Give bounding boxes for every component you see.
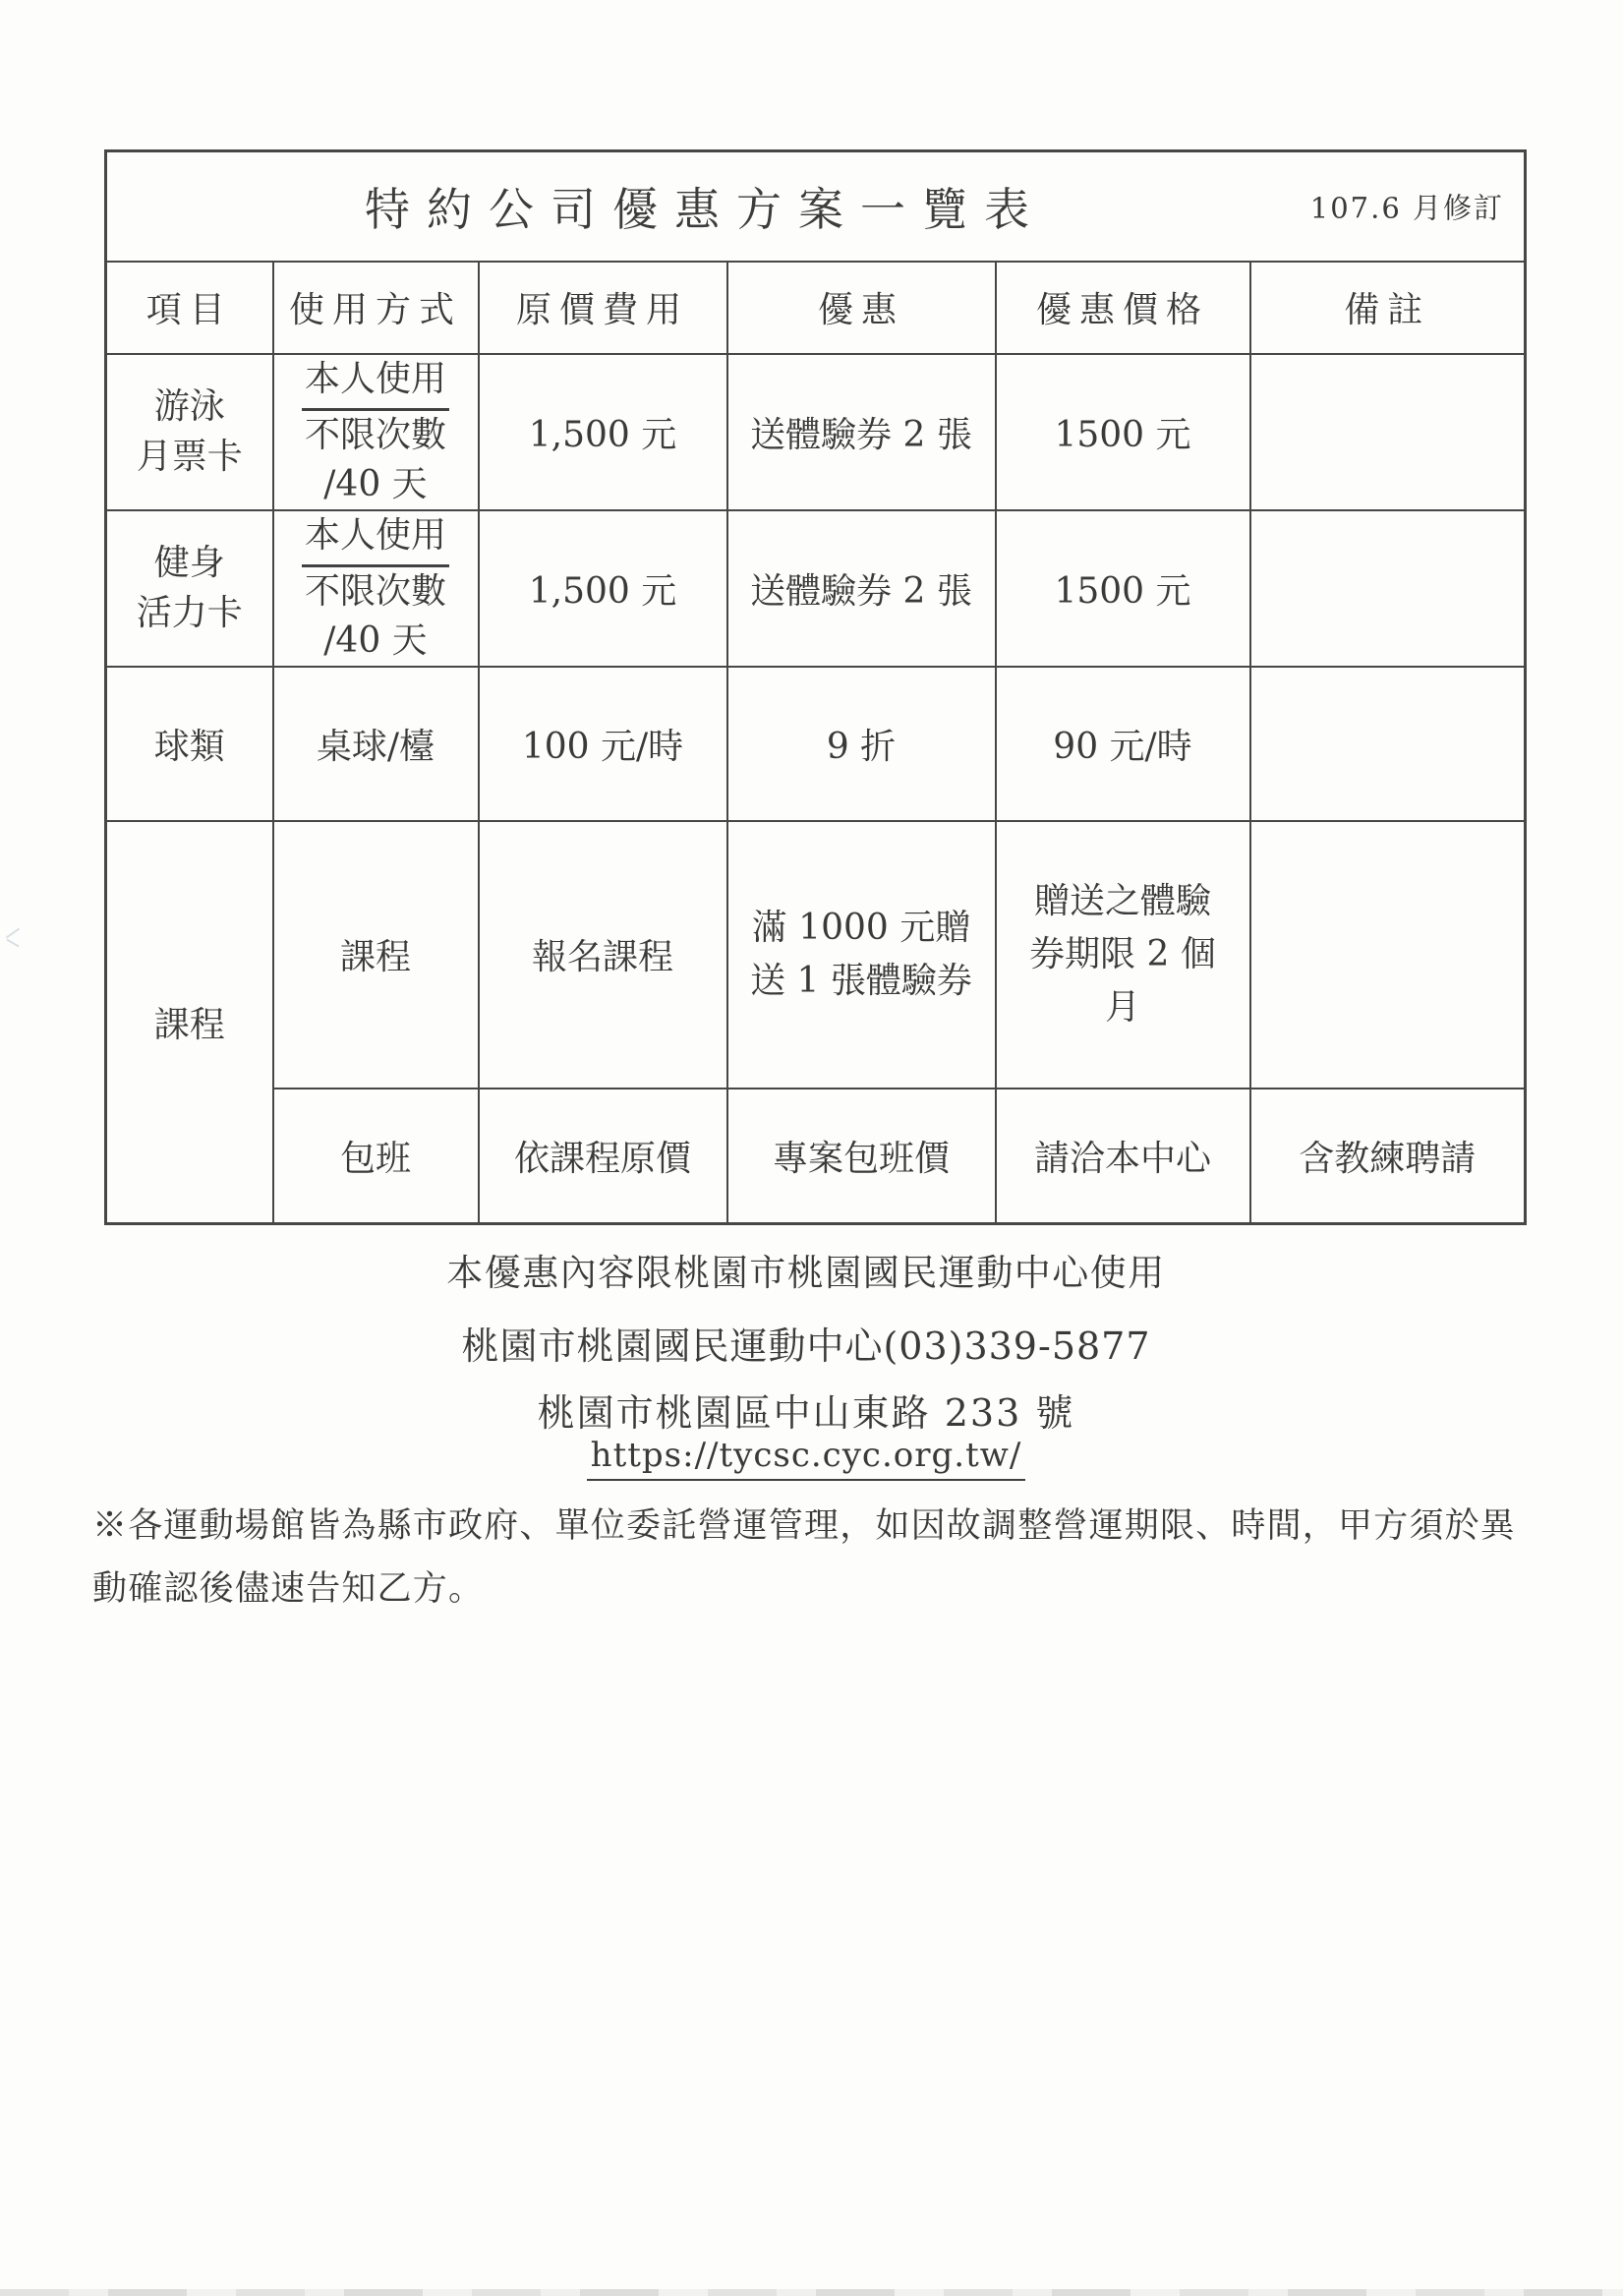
header-remarks: 備註 bbox=[1250, 262, 1526, 354]
note-cell: 含教練聘請 bbox=[1250, 1089, 1526, 1224]
offer-cell: 送體驗券 2 張 bbox=[727, 354, 996, 510]
item-line: 健身 bbox=[107, 538, 272, 588]
scan-margin-artifact bbox=[3, 926, 29, 952]
item-cell: 球類 bbox=[106, 667, 273, 821]
price-cell: 1,500 元 bbox=[479, 510, 727, 667]
item-cell: 游泳 月票卡 bbox=[106, 354, 273, 510]
table-title-row: 特約公司優惠方案一覽表 107.6 月修訂 bbox=[106, 151, 1526, 262]
usage-restriction-line: 本優惠內容限桃園市桃園國民運動中心使用 bbox=[0, 1243, 1612, 1296]
usage-cell: 課程 bbox=[273, 821, 479, 1089]
table-row: 球類 桌球/檯 100 元/時 9 折 90 元/時 bbox=[106, 667, 1526, 821]
offer-cell: 送體驗券 2 張 bbox=[727, 510, 996, 667]
usage-underlined: 本人使用 bbox=[302, 511, 449, 568]
revision-date: 107.6 月修訂 bbox=[1310, 186, 1504, 226]
website-url-line: https://tycsc.cyc.org.tw/ bbox=[0, 1436, 1612, 1481]
note-cell bbox=[1250, 510, 1526, 667]
page-title: 特約公司優惠方案一覽表 bbox=[365, 174, 1046, 239]
offer-price-cell: 1500 元 bbox=[996, 510, 1250, 667]
table-row: 包班 依課程原價 專案包班價 請洽本中心 含教練聘請 bbox=[106, 1089, 1526, 1224]
offer-cell: 專案包班價 bbox=[727, 1089, 996, 1224]
note-paragraph-line-2: 動確認後儘速告知乙方。 bbox=[92, 1561, 484, 1611]
price-cell: 報名課程 bbox=[479, 821, 727, 1089]
usage-cell: 本人使用 不限次數 /40 天 bbox=[273, 354, 479, 510]
offer-line: 滿 1000 元贈 bbox=[728, 902, 995, 955]
website-url: https://tycsc.cyc.org.tw/ bbox=[587, 1436, 1026, 1481]
offer-cell: 9 折 bbox=[727, 667, 996, 821]
address-line: 桃園市桃園區中山東路 233 號 bbox=[0, 1383, 1612, 1437]
usage-underlined: 本人使用 bbox=[302, 355, 449, 412]
item-line: 游泳 bbox=[107, 382, 272, 432]
item-line: 月票卡 bbox=[107, 432, 272, 482]
table-row: 游泳 月票卡 本人使用 不限次數 /40 天 1,500 元 送體驗券 2 張 … bbox=[106, 354, 1526, 510]
item-cell: 課程 bbox=[106, 821, 273, 1224]
offer-price-line: 券期限 2 個 bbox=[997, 928, 1249, 981]
offer-price-line: 月 bbox=[997, 981, 1249, 1034]
usage-cell: 本人使用 不限次數 /40 天 bbox=[273, 510, 479, 667]
center-name-phone-line: 桃園市桃園國民運動中心(03)339-5877 bbox=[0, 1316, 1612, 1370]
header-offer: 優惠 bbox=[727, 262, 996, 354]
discount-plan-table: 特約公司優惠方案一覽表 107.6 月修訂 項目 使用方式 原價費用 優惠 優惠… bbox=[104, 149, 1527, 1225]
item-line: 活力卡 bbox=[107, 588, 272, 638]
scan-bottom-edge-artifact bbox=[0, 2289, 1623, 2296]
note-paragraph-line-1: ※各運動場館皆為縣市政府、單位委託營運管理，如因故調整營運期限、時間，甲方須於異 bbox=[92, 1499, 1516, 1548]
price-cell: 1,500 元 bbox=[479, 354, 727, 510]
offer-price-cell: 贈送之體驗 券期限 2 個 月 bbox=[996, 821, 1250, 1089]
title-cell: 特約公司優惠方案一覽表 107.6 月修訂 bbox=[106, 151, 1526, 262]
header-item: 項目 bbox=[106, 262, 273, 354]
usage-cell: 包班 bbox=[273, 1089, 479, 1224]
header-usage: 使用方式 bbox=[273, 262, 479, 354]
usage-cell: 桌球/檯 bbox=[273, 667, 479, 821]
note-cell bbox=[1250, 821, 1526, 1089]
offer-price-cell: 90 元/時 bbox=[996, 667, 1250, 821]
table-row: 健身 活力卡 本人使用 不限次數 /40 天 1,500 元 送體驗券 2 張 … bbox=[106, 510, 1526, 667]
header-original-price: 原價費用 bbox=[479, 262, 727, 354]
scanned-document-page: 特約公司優惠方案一覽表 107.6 月修訂 項目 使用方式 原價費用 優惠 優惠… bbox=[0, 0, 1623, 2296]
offer-price-cell: 請洽本中心 bbox=[996, 1089, 1250, 1224]
header-offer-price: 優惠價格 bbox=[996, 262, 1250, 354]
usage-line: 不限次數 bbox=[274, 567, 478, 617]
offer-cell: 滿 1000 元贈 送 1 張體驗券 bbox=[727, 821, 996, 1089]
offer-price-line: 贈送之體驗 bbox=[997, 875, 1249, 928]
usage-line: /40 天 bbox=[274, 617, 478, 666]
table-row: 課程 課程 報名課程 滿 1000 元贈 送 1 張體驗券 贈送之體驗 券期限 … bbox=[106, 821, 1526, 1089]
usage-line: /40 天 bbox=[274, 460, 478, 509]
item-cell: 健身 活力卡 bbox=[106, 510, 273, 667]
price-cell: 依課程原價 bbox=[479, 1089, 727, 1224]
note-cell bbox=[1250, 667, 1526, 821]
note-cell bbox=[1250, 354, 1526, 510]
offer-line: 送 1 張體驗券 bbox=[728, 955, 995, 1008]
offer-price-cell: 1500 元 bbox=[996, 354, 1250, 510]
table-header-row: 項目 使用方式 原價費用 優惠 優惠價格 備註 bbox=[106, 262, 1526, 354]
price-cell: 100 元/時 bbox=[479, 667, 727, 821]
usage-line: 不限次數 bbox=[274, 411, 478, 460]
